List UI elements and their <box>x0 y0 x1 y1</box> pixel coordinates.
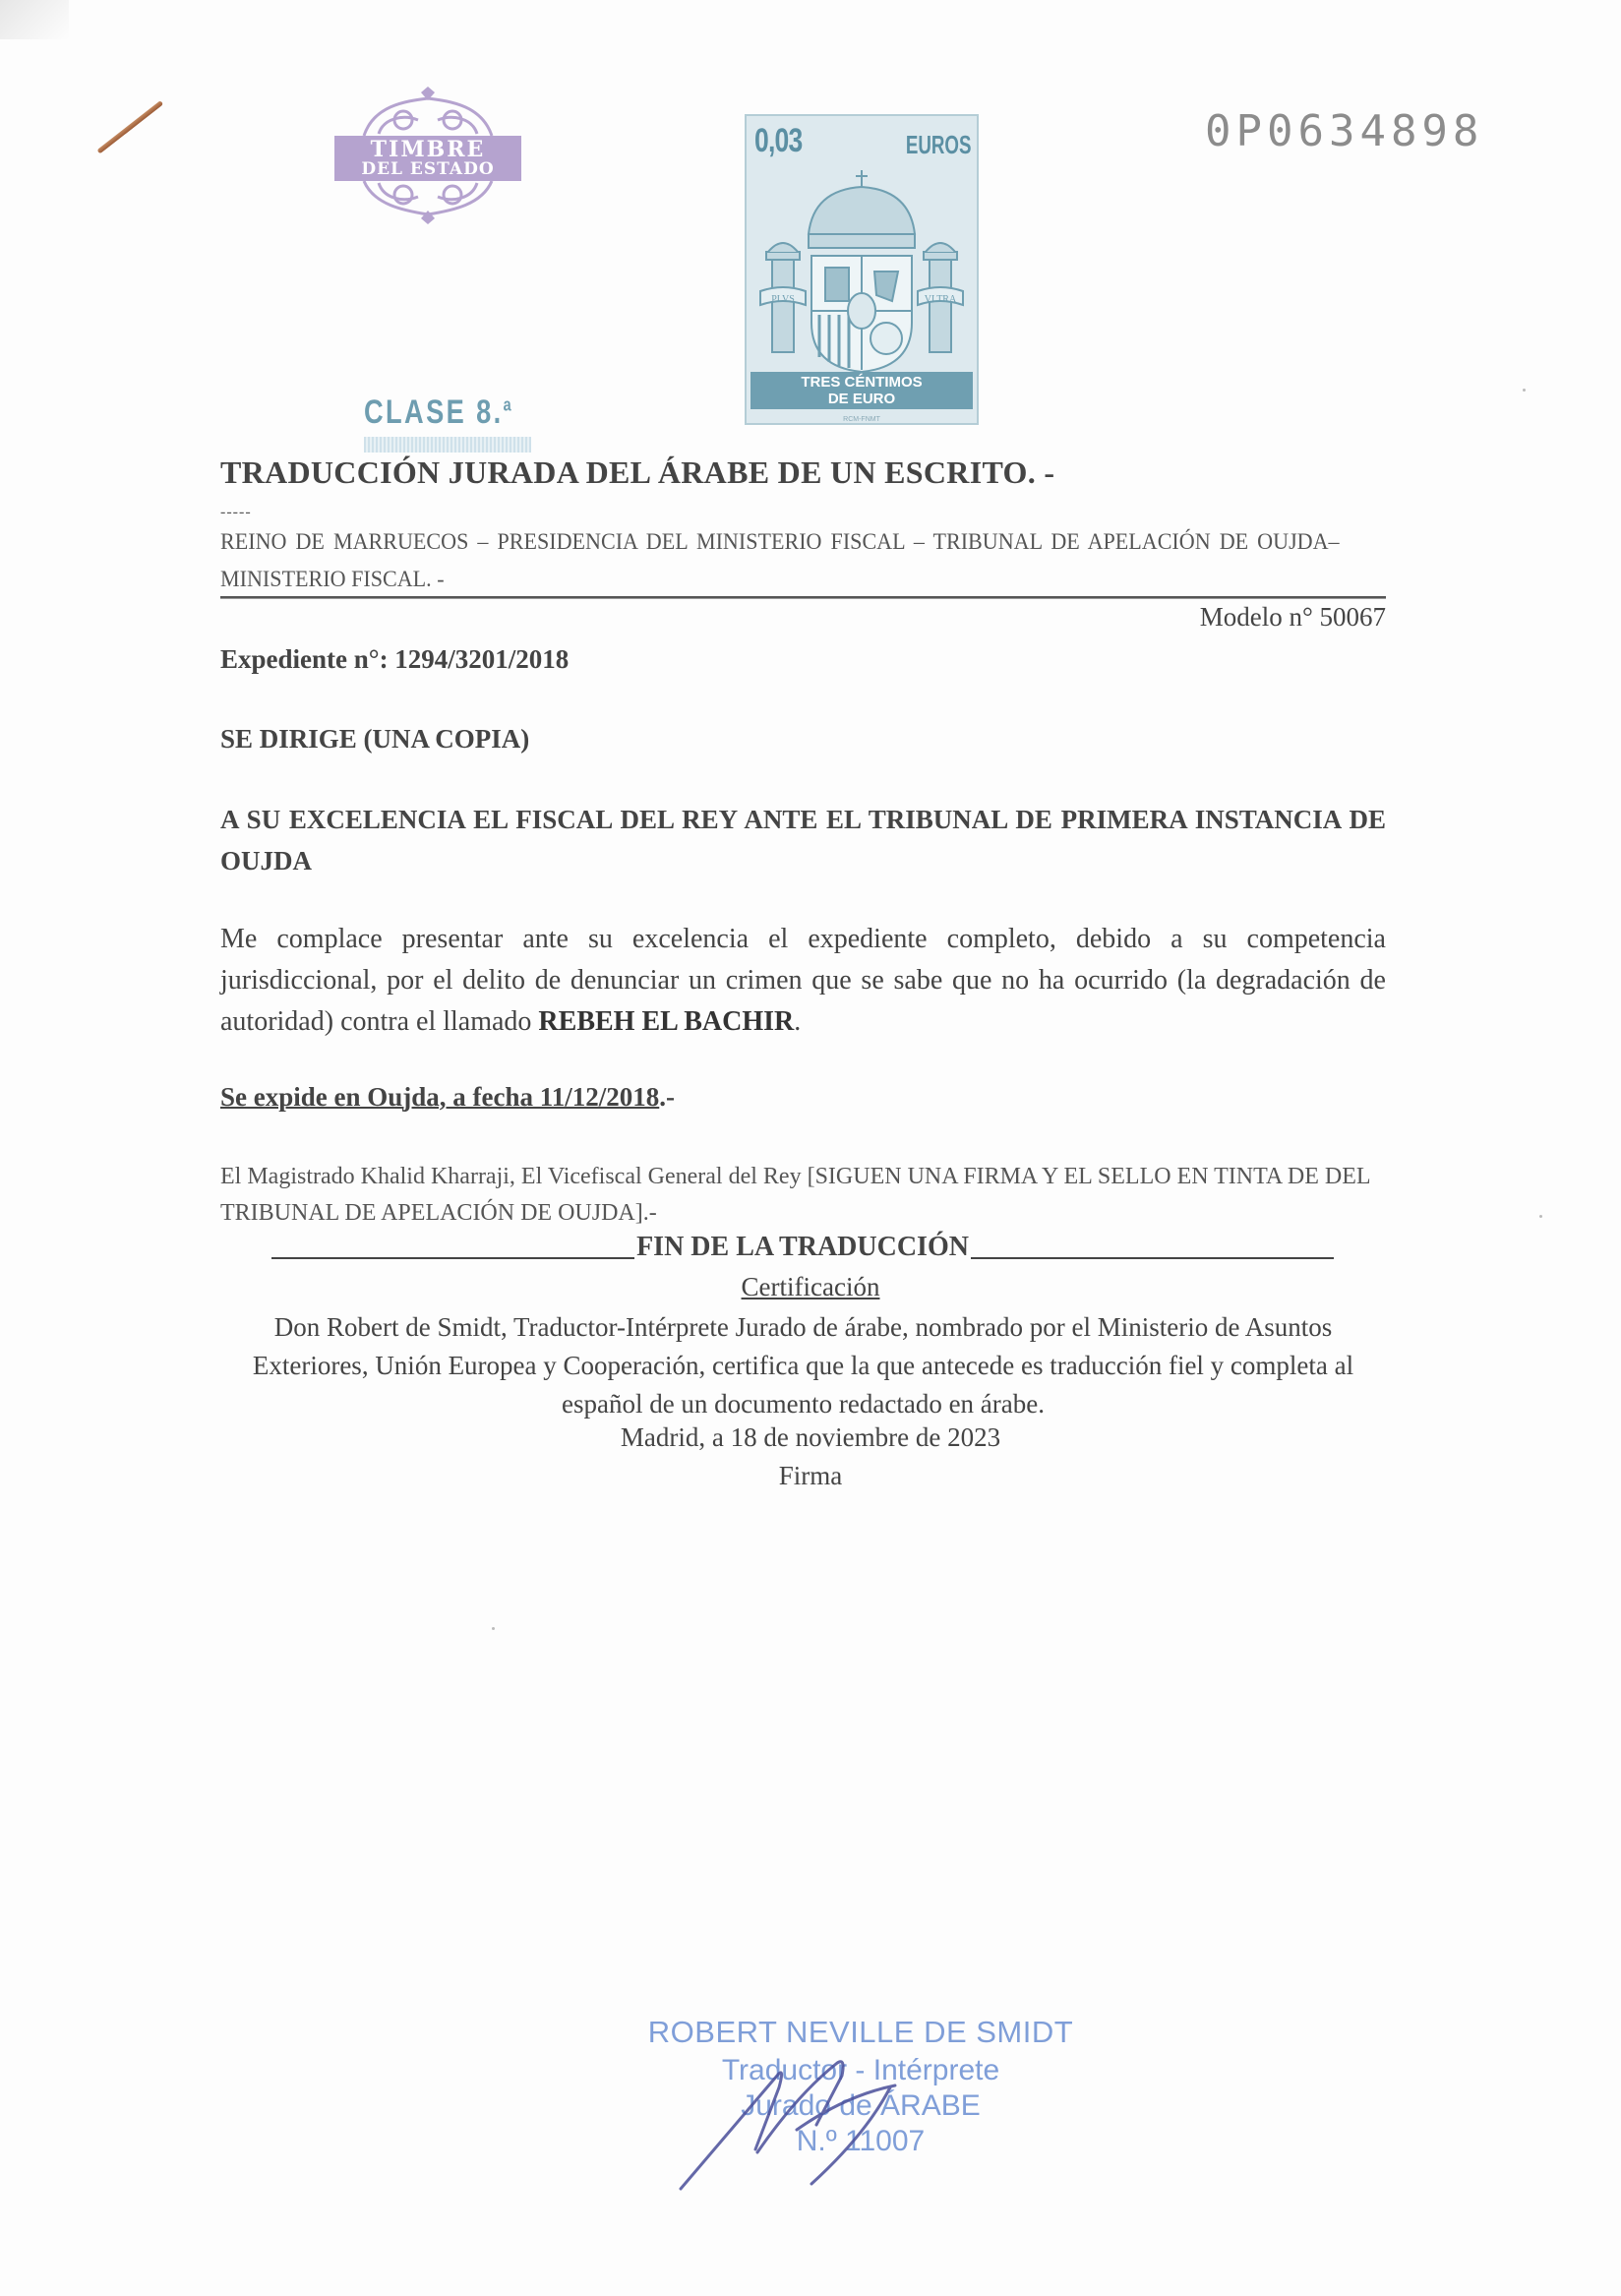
signer-line: El Magistrado Khalid Kharraji, El Vicefi… <box>220 1159 1386 1232</box>
svg-text:PLVS: PLVS <box>771 294 795 305</box>
issued-text: Se expide en Oujda, a fecha 11/12/2018 <box>220 1082 659 1112</box>
body-text: Me complace presentar ante su excelencia… <box>220 924 1386 1037</box>
clase-security-pattern <box>364 437 531 453</box>
euro-fiscal-stamp: 0,03 EUROS <box>745 114 979 425</box>
issued-suffix: .- <box>659 1082 675 1112</box>
header-rule <box>220 596 1386 599</box>
addressee: A SU EXCELENCIA EL FISCAL DEL REY ANTE E… <box>220 799 1386 881</box>
stamp-band-line1: TRES CÉNTIMOS <box>750 374 973 391</box>
certification-body: Don Robert de Smidt, Traductor-Intérpret… <box>220 1308 1386 1423</box>
clase-text: CLASE 8. <box>364 393 504 431</box>
page-corner-fold <box>0 0 69 39</box>
modelo-number: Modelo n° 50067 <box>1200 602 1386 633</box>
signature-label: Firma <box>0 1461 1621 1491</box>
certification-place-date: Madrid, a 18 de noviembre de 2023 <box>0 1422 1621 1453</box>
clase-sup: a <box>504 395 513 415</box>
paper-speck <box>1523 389 1526 392</box>
body-end: . <box>794 1006 801 1037</box>
accused-name: REBEH EL BACHIR <box>538 1006 794 1037</box>
fin-rule-left <box>271 1257 634 1259</box>
certification-heading-text: Certificación <box>742 1272 880 1301</box>
stamp-currency: EUROS <box>905 130 971 160</box>
timbre-line2: DEL ESTADO <box>361 161 494 179</box>
expediente-number: Expediente n°: 1294/3201/2018 <box>220 644 569 675</box>
spanish-coat-of-arms-icon: PLVS VLTRA <box>754 165 969 377</box>
svg-text:VLTRA: VLTRA <box>925 294 957 305</box>
fin-rule-right <box>971 1257 1334 1259</box>
end-of-translation: FIN DE LA TRADUCCIÓN <box>271 1232 1334 1263</box>
staple-pin <box>96 100 163 153</box>
timbre-label: TIMBRE DEL ESTADO <box>334 136 521 181</box>
serial-number: 0P0634898 <box>1205 106 1483 156</box>
timbre-line1: TIMBRE <box>371 139 486 161</box>
issued-place-date: Se expide en Oujda, a fecha 11/12/2018.- <box>220 1082 675 1113</box>
paper-speck <box>1539 1215 1542 1218</box>
se-dirige: SE DIRIGE (UNA COPIA) <box>220 724 529 755</box>
certification-heading: Certificación <box>0 1272 1621 1302</box>
document-title: TRADUCCIÓN JURADA DEL ÁRABE DE UN ESCRIT… <box>220 454 1054 491</box>
stamp-mint-mark: RCM-FNMT <box>747 416 977 423</box>
paper-speck <box>492 1627 495 1630</box>
clase-label: CLASE 8.a <box>364 393 513 432</box>
stamp-value: 0,03 <box>754 122 803 160</box>
body-paragraph: Me complace presentar ante su excelencia… <box>220 919 1386 1043</box>
stamp-band-line2: DE EURO <box>750 391 973 407</box>
dash-separator: ----- <box>220 504 252 521</box>
handwritten-signature-icon <box>669 2036 964 2204</box>
timbre-del-estado-stamp: TIMBRE DEL ESTADO <box>325 87 531 224</box>
fin-text: FIN DE LA TRADUCCIÓN <box>634 1232 971 1263</box>
issuing-authority: REINO DE MARRUECOS – PRESIDENCIA DEL MIN… <box>220 523 1340 598</box>
stamp-band: TRES CÉNTIMOS DE EURO <box>750 372 973 409</box>
